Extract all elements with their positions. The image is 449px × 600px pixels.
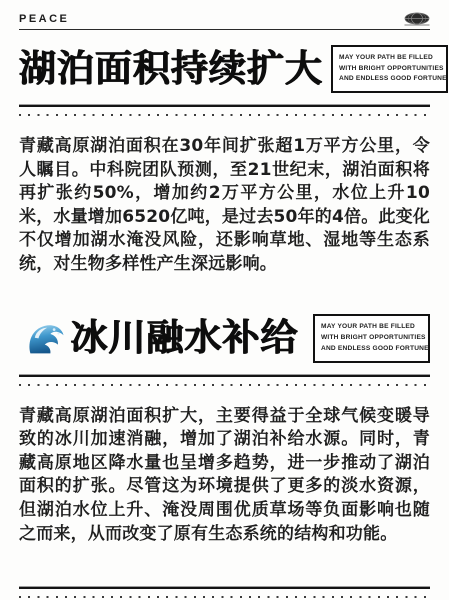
section1-title-row: 湖泊面积持续扩大 MAY YOUR PATH BE FILLED WITH BR… <box>19 43 430 95</box>
globe-icon <box>404 12 430 26</box>
separator <box>19 104 430 116</box>
blessing-line: AND ENDLESS GOOD FORTUNE <box>321 344 422 355</box>
separator-dots <box>19 596 430 598</box>
blessing-line: WITH BRIGHT OPPORTUNITIES <box>339 64 440 75</box>
separator-dots <box>19 384 430 386</box>
separator <box>19 374 430 386</box>
section2-title-group: 冰川融水补给 <box>19 319 313 359</box>
blessing-box: MAY YOUR PATH BE FILLED WITH BRIGHT OPPO… <box>313 314 430 363</box>
separator-rule <box>19 586 430 589</box>
section2-title-row: 冰川融水补给 MAY YOUR PATH BE FILLED WITH BRIG… <box>19 313 430 365</box>
blessing-line: AND ENDLESS GOOD FORTUNE <box>339 74 440 85</box>
separator-dots <box>19 114 430 116</box>
section1-title-group: 湖泊面积持续扩大 <box>19 50 331 89</box>
section1-body: 青藏高原湖泊面积在30年间扩张超1万平方公里，令人瞩目。中科院团队预测，至21世… <box>19 135 430 277</box>
blessing-box: MAY YOUR PATH BE FILLED WITH BRIGHT OPPO… <box>331 45 448 94</box>
blessing-line: MAY YOUR PATH BE FILLED <box>321 322 422 333</box>
separator-rule <box>19 374 430 377</box>
section2-title: 冰川融水补给 <box>71 319 299 358</box>
separator-rule <box>19 104 430 107</box>
poster-page: PEACE 湖泊面积持续扩大 MAY YOUR PATH BE FILLED W… <box>0 0 449 600</box>
section1-title: 湖泊面积持续扩大 <box>19 50 323 89</box>
masthead: PEACE <box>19 12 430 30</box>
blessing-line: WITH BRIGHT OPPORTUNITIES <box>321 333 422 344</box>
brand-label: PEACE <box>19 13 69 25</box>
separator-bottom <box>19 586 430 598</box>
wave-icon <box>26 319 66 359</box>
section2-body: 青藏高原湖泊面积扩大，主要得益于全球气候变暖导致的冰川加速消融，增加了湖泊补给水… <box>19 405 430 547</box>
blessing-line: MAY YOUR PATH BE FILLED <box>339 53 440 64</box>
